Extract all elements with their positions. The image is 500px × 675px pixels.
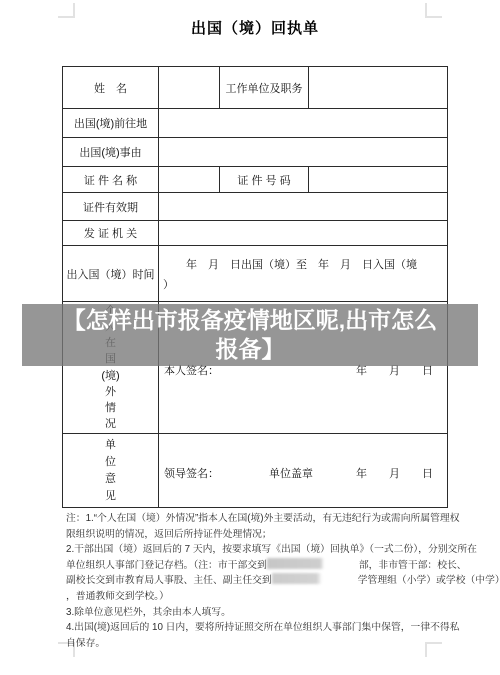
work-unit-label: 工作单位及职务 — [219, 67, 308, 108]
note-line: 副校长交到市教育局人事股、主任、副主任交到学管理组（小学）或学校（中学） — [66, 573, 448, 589]
note-text: 学管理组（小学）或学校（中学） — [358, 575, 500, 586]
issuing-authority-label: 发 证 机 关 — [63, 221, 158, 245]
note-line: ，普通教师交到学校。） — [66, 589, 448, 605]
issuing-authority-value-cell — [158, 221, 447, 245]
note-text: 单位组织人事部门登记存档。（注：市干部交到 — [66, 560, 267, 571]
form-title: 出国（境）回执单 — [62, 17, 448, 38]
note-text: 部，非市管干部：校长、 — [359, 560, 467, 571]
validity-label: 证件有效期 — [63, 193, 158, 220]
vertical-label-char: 况 — [105, 416, 116, 432]
form-table: 姓 名 工作单位及职务 出国(境)前往地 出国(境)事由 证 件 名 称 证 件… — [62, 66, 448, 508]
row-reason: 出国(境)事由 — [63, 137, 447, 166]
doc-number-value-cell — [308, 167, 447, 192]
entry-exit-line2: ） — [159, 274, 447, 296]
reason-value-cell — [158, 138, 447, 166]
row-issuing-authority: 发 证 机 关 — [63, 220, 447, 245]
crop-mark-top-right — [425, 3, 442, 18]
vertical-label-char: 意 — [105, 471, 116, 488]
unit-seal-label: 单位盖章 — [269, 465, 313, 481]
unit-opinion-cell: 领导签名： 单位盖章 年 月 日 — [158, 434, 447, 507]
row-document: 证 件 名 称 证 件 号 码 — [63, 166, 447, 192]
note-line: 2.干部出国（境）返回后的 7 天内，按要求填写《出国（境）回执单》（一式二份）… — [66, 542, 448, 558]
note-line: 自保存。 — [66, 636, 448, 652]
row-destination: 出国(境)前往地 — [63, 108, 447, 137]
row-unit-opinion: 单位意见 领导签名： 单位盖章 年 月 日 — [63, 433, 447, 507]
redacted-text — [267, 558, 359, 569]
destination-value-cell — [158, 109, 447, 137]
watermark-banner: 【怎样出市报备疫情地区呢,出市怎么 报备】 — [22, 304, 478, 366]
note-line: 单位组织人事部门登记存档。（注：市干部交到部，非市管干部：校长、 — [66, 558, 448, 574]
note-line: 注：1.“个人在国（境）外情况”指本人在国(境)外主要活动，有无违纪行为或需向所… — [66, 511, 448, 527]
work-unit-value-cell — [308, 67, 447, 108]
vertical-label-char: 情 — [105, 400, 116, 416]
name-label: 姓 名 — [63, 67, 158, 108]
vertical-label-char: 外 — [105, 384, 116, 400]
redacted-text — [272, 573, 358, 584]
validity-value-cell — [158, 193, 447, 220]
note-line: 3.除单位意见栏外，其余由本人填写。 — [66, 605, 448, 621]
name-value-cell — [158, 67, 219, 108]
note-line: 限组织说明的情况，返回后所持证件处理情况； — [66, 527, 448, 543]
destination-label: 出国(境)前往地 — [63, 109, 158, 137]
leader-signature-label: 领导签名： — [164, 465, 219, 481]
doc-name-value-cell — [158, 167, 219, 192]
note-text: 副校长交到市教育局人事股、主任、副主任交到 — [66, 575, 272, 586]
reason-label: 出国(境)事由 — [63, 138, 158, 166]
row-name: 姓 名 工作单位及职务 — [63, 67, 447, 108]
entry-exit-time-value-cell: 年 月 日出国（境）至 年 月 日入国（境 ） — [158, 246, 447, 301]
watermark-line1: 【怎样出市报备疫情地区呢,出市怎么 — [22, 306, 478, 335]
entry-exit-line1: 年 月 日出国（境）至 年 月 日入国（境 — [159, 257, 447, 274]
row-entry-exit-time: 出入国（境）时间 年 月 日出国（境）至 年 月 日入国（境 ） — [63, 245, 447, 301]
leader-signature-line: 领导签名： 单位盖章 年 月 日 — [164, 465, 447, 481]
leader-signature-date: 年 月 日 — [356, 465, 447, 481]
entry-exit-time-label: 出入国（境）时间 — [63, 246, 158, 301]
unit-opinion-label: 单位意见 — [63, 434, 158, 507]
notes-section: 注：1.“个人在国（境）外情况”指本人在国(境)外主要活动，有无违纪行为或需向所… — [66, 511, 448, 651]
doc-name-label: 证 件 名 称 — [63, 167, 158, 192]
vertical-label-char: (境) — [101, 368, 119, 384]
scanned-form-page: 出国（境）回执单 姓 名 工作单位及职务 出国(境)前往地 出国(境)事由 证 … — [0, 0, 500, 675]
note-line: 4.出国(境)返回后的 10 日内，要将所持证照交所在单位组织人事部门集中保管，… — [66, 620, 448, 636]
vertical-label-char: 位 — [105, 454, 116, 471]
doc-number-label: 证 件 号 码 — [219, 167, 308, 192]
vertical-label-char: 单 — [105, 437, 116, 454]
row-validity: 证件有效期 — [63, 192, 447, 220]
watermark-line2: 报备】 — [22, 335, 478, 364]
crop-mark-top-left — [58, 3, 75, 18]
vertical-label-char: 见 — [105, 488, 116, 505]
